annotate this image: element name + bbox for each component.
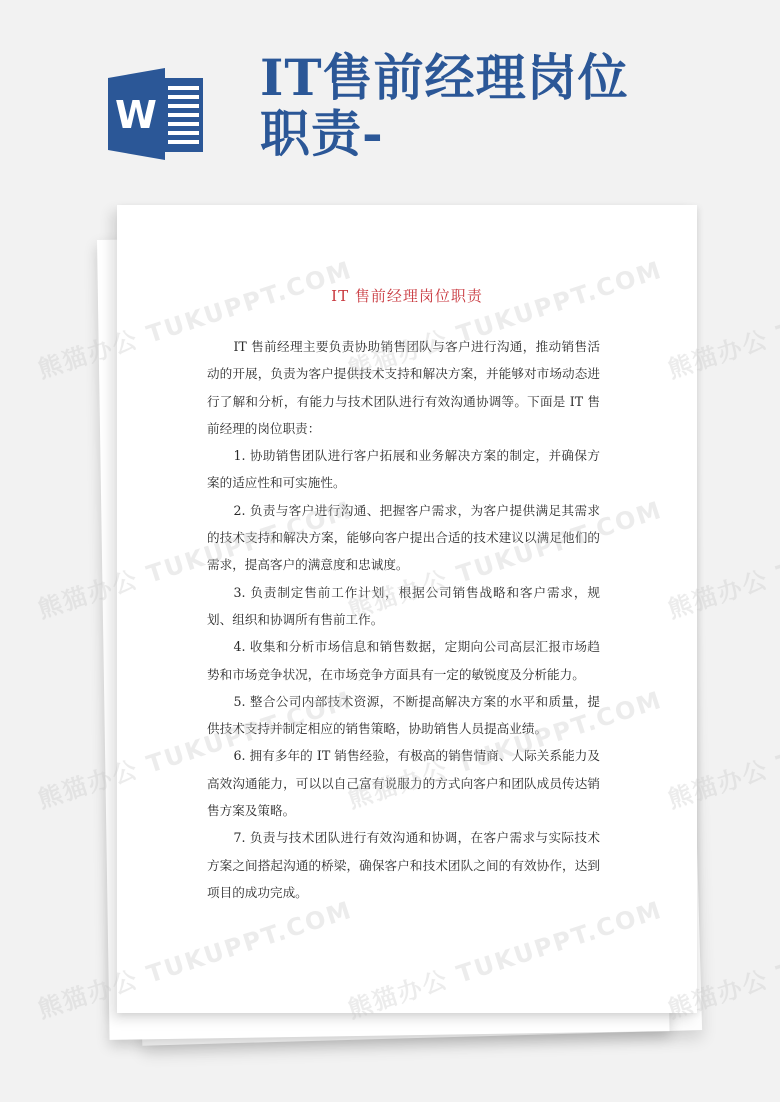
duty-item-4: 4. 收集和分析市场信息和销售数据，定期向公司高层汇报市场趋势和市场竞争状况，在…: [207, 633, 600, 688]
svg-text:W: W: [115, 93, 157, 137]
duty-item-6: 6. 拥有多年的 IT 销售经验，有极高的销售情商、人际关系能力及高效沟通能力，…: [207, 742, 600, 824]
intro-paragraph: IT 售前经理主要负责协助销售团队与客户进行沟通，推动销售活动的开展，负责为客户…: [207, 333, 600, 442]
duty-item-1: 1. 协助销售团队进行客户拓展和业务解决方案的制定，并确保方案的适应性和可实施性…: [207, 442, 600, 497]
hero-title: IT售前经理岗位 职责-: [260, 50, 680, 162]
duty-item-5: 5. 整合公司内部技术资源，不断提高解决方案的水平和质量，提供技术支持并制定相应…: [207, 688, 600, 743]
hero-title-line-2: 职责-: [260, 106, 680, 162]
duty-item-2: 2. 负责与客户进行沟通、把握客户需求，为客户提供满足其需求的技术支持和解决方案…: [207, 497, 600, 579]
duty-item-3: 3. 负责制定售前工作计划，根据公司销售战略和客户需求，规划、组织和协调所有售前…: [207, 579, 600, 634]
hero-title-line-1: IT售前经理岗位: [260, 50, 680, 106]
document-title: IT 售前经理岗位职责: [117, 285, 697, 306]
document-page: IT 售前经理岗位职责 IT 售前经理主要负责协助销售团队与客户进行沟通，推动销…: [117, 205, 697, 1013]
duty-item-7: 7. 负责与技术团队进行有效沟通和协调，在客户需求与实际技术方案之间搭起沟通的桥…: [207, 824, 600, 906]
header: W IT售前经理岗位 职责-: [0, 0, 780, 190]
document-body: IT 售前经理主要负责协助销售团队与客户进行沟通，推动销售活动的开展，负责为客户…: [207, 333, 600, 906]
word-document-icon: W: [108, 68, 208, 160]
